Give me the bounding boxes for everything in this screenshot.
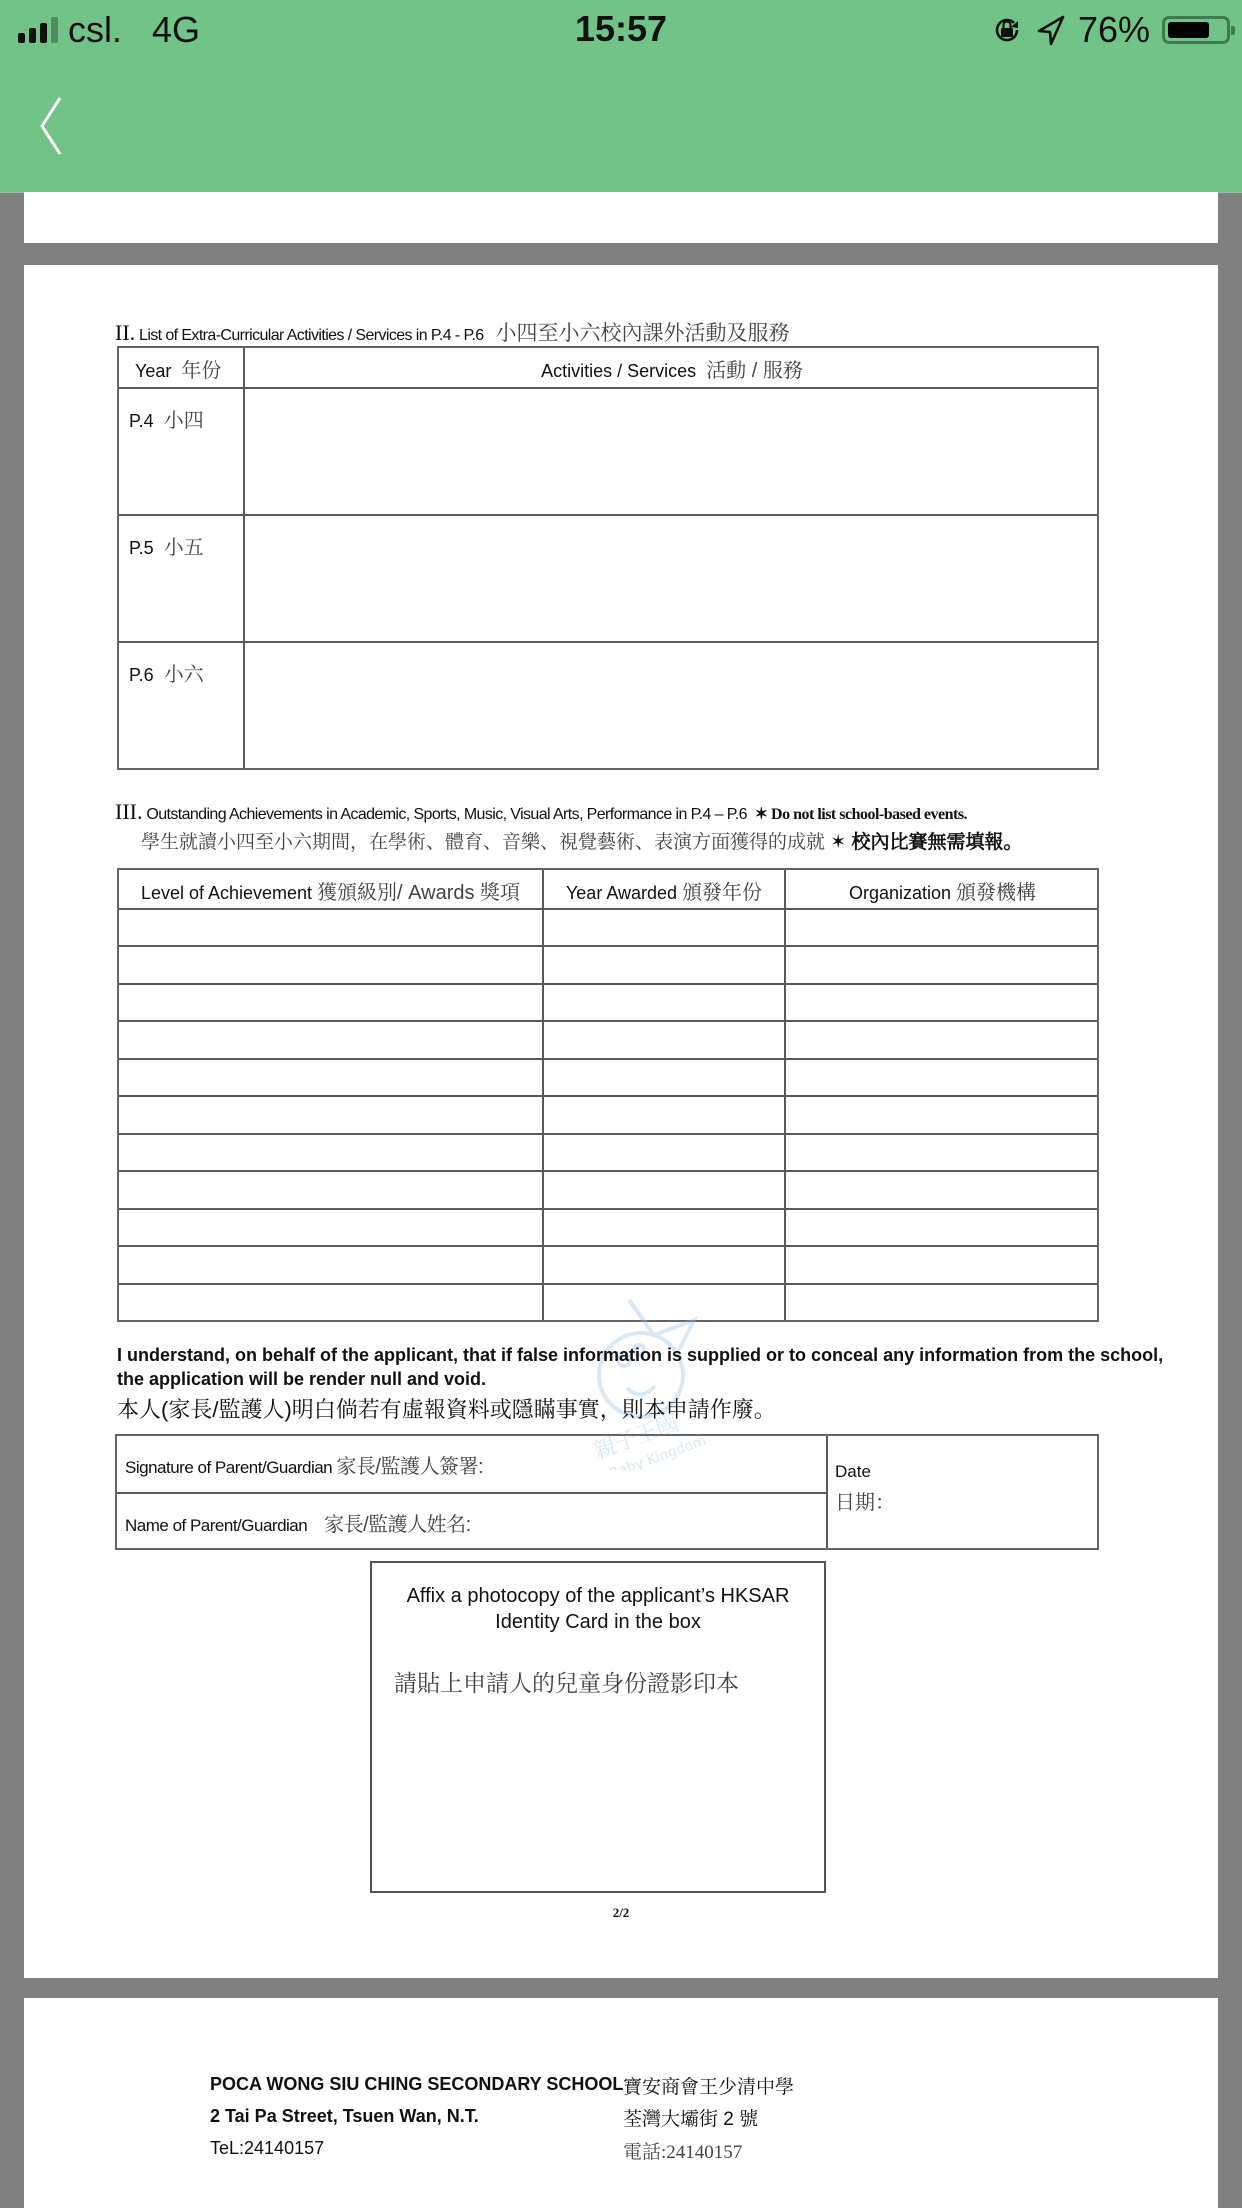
page-number: 2/2 xyxy=(24,1905,1218,1921)
level-cell[interactable] xyxy=(121,1285,540,1318)
status-bar: csl. 4G 15:57 76% xyxy=(0,0,1242,62)
activities-field-p6[interactable] xyxy=(246,644,1098,766)
year-awarded-cell[interactable] xyxy=(546,1060,782,1093)
year-awarded-cell[interactable] xyxy=(546,1210,782,1243)
organization-cell[interactable] xyxy=(788,1097,1097,1130)
activities-field-p4[interactable] xyxy=(246,390,1098,512)
battery-icon xyxy=(1162,16,1230,44)
level-cell[interactable] xyxy=(121,1172,540,1205)
year-awarded-cell[interactable] xyxy=(546,1135,782,1168)
organization-cell[interactable] xyxy=(788,947,1097,980)
document-page-3: POCA WONG SIU CHING SECONDARY SCHOOL 2 T… xyxy=(24,1998,1218,2208)
back-button[interactable] xyxy=(30,92,90,162)
activities-field-p5[interactable] xyxy=(246,517,1098,639)
signature-table: Signature of Parent/Guardian 家長/監護人簽署: N… xyxy=(115,1434,1099,1550)
organization-cell[interactable] xyxy=(788,1285,1097,1318)
section-3-title: III. Outstanding Achievements in Academi… xyxy=(115,799,967,825)
header-activities: Activities / Services 活動 / 服務 xyxy=(245,354,1099,383)
school-name-en: POCA WONG SIU CHING SECONDARY SCHOOL xyxy=(210,2074,623,2095)
level-cell[interactable] xyxy=(121,1060,540,1093)
activities-table: Year 年份 Activities / Services 活動 / 服務 P.… xyxy=(117,346,1099,770)
date-label-en: Date xyxy=(835,1462,871,1482)
organization-cell[interactable] xyxy=(788,910,1097,943)
organization-cell[interactable] xyxy=(788,1210,1097,1243)
school-tel-en: TeL:24140157 xyxy=(210,2138,324,2159)
level-cell[interactable] xyxy=(121,1210,540,1243)
declaration-zh: 本人(家長/監護人)明白倘若有虛報資料或隱瞞事實，則本申請作廢。 xyxy=(117,1393,776,1424)
signature-field[interactable] xyxy=(497,1438,823,1490)
name-field[interactable] xyxy=(497,1496,823,1548)
id-box-instruction-zh: 請貼上申請人的兒童身份證影印本 xyxy=(394,1665,824,1698)
header-year-awarded: Year Awarded 頒發年份 xyxy=(544,876,784,905)
row-year-p6: P.6 小六 xyxy=(129,658,204,687)
date-label-zh: 日期： xyxy=(835,1486,895,1515)
header-level: Level of Achievement 獲頒級別/ Awards 獎項 xyxy=(119,876,542,905)
navigation-bar xyxy=(0,62,1242,193)
declaration-en-line2: the application will be render null and … xyxy=(117,1369,486,1390)
school-address-en: 2 Tai Pa Street, Tsuen Wan, N.T. xyxy=(210,2106,479,2127)
level-cell[interactable] xyxy=(121,1247,540,1280)
organization-cell[interactable] xyxy=(788,1022,1097,1055)
school-tel-zh: 電話:24140157 xyxy=(623,2137,742,2164)
header-organization: Organization 頒發機構 xyxy=(786,876,1099,905)
id-box-instruction-line2: Identity Card in the box xyxy=(372,1609,824,1635)
battery-percent: 76% xyxy=(1078,9,1150,51)
document-page-2: II. List of Extra-Curricular Activities … xyxy=(24,265,1218,1978)
year-awarded-cell[interactable] xyxy=(546,947,782,980)
location-arrow-icon xyxy=(1036,14,1066,46)
organization-cell[interactable] xyxy=(788,1172,1097,1205)
name-label: Name of Parent/Guardian 家長/監護人姓名: xyxy=(125,1508,471,1537)
organization-cell[interactable] xyxy=(788,1135,1097,1168)
declaration-en-line1: I understand, on behalf of the applicant… xyxy=(117,1345,1163,1366)
status-right: 76% xyxy=(990,8,1230,52)
organization-cell[interactable] xyxy=(788,1247,1097,1280)
year-awarded-cell[interactable] xyxy=(546,910,782,943)
id-card-box[interactable]: Affix a photocopy of the applicant’s HKS… xyxy=(370,1561,826,1893)
level-cell[interactable] xyxy=(121,910,540,943)
level-cell[interactable] xyxy=(121,1022,540,1055)
level-cell[interactable] xyxy=(121,1135,540,1168)
orientation-lock-icon xyxy=(990,13,1024,47)
school-address-zh: 荃灣大壩街 2 號 xyxy=(623,2104,758,2131)
level-cell[interactable] xyxy=(121,947,540,980)
date-field[interactable] xyxy=(907,1476,1097,1546)
row-year-p5: P.5 小五 xyxy=(129,531,204,560)
section-2-title: II. List of Extra-Curricular Activities … xyxy=(115,317,789,347)
year-awarded-cell[interactable] xyxy=(546,985,782,1018)
year-awarded-cell[interactable] xyxy=(546,1172,782,1205)
year-awarded-cell[interactable] xyxy=(546,1247,782,1280)
section-3-title-zh: 學生就讀小四至小六期間，在學術、體育、音樂、視覺藝術、表演方面獲得的成就 ✶ 校… xyxy=(141,827,1023,854)
signature-label: Signature of Parent/Guardian 家長/監護人簽署: xyxy=(125,1450,483,1479)
organization-cell[interactable] xyxy=(788,985,1097,1018)
row-year-p4: P.4 小四 xyxy=(129,404,204,433)
document-page-1 xyxy=(24,192,1218,243)
id-box-instruction-line1: Affix a photocopy of the applicant’s HKS… xyxy=(372,1583,824,1609)
organization-cell[interactable] xyxy=(788,1060,1097,1093)
year-awarded-cell[interactable] xyxy=(546,1097,782,1130)
year-awarded-cell[interactable] xyxy=(546,1022,782,1055)
school-name-zh: 寶安商會王少清中學 xyxy=(623,2072,794,2099)
header-year: Year 年份 xyxy=(135,354,221,383)
achievements-table: Level of Achievement 獲頒級別/ Awards 獎項 Yea… xyxy=(117,868,1099,1322)
level-cell[interactable] xyxy=(121,985,540,1018)
chevron-left-icon xyxy=(30,92,90,162)
level-cell[interactable] xyxy=(121,1097,540,1130)
